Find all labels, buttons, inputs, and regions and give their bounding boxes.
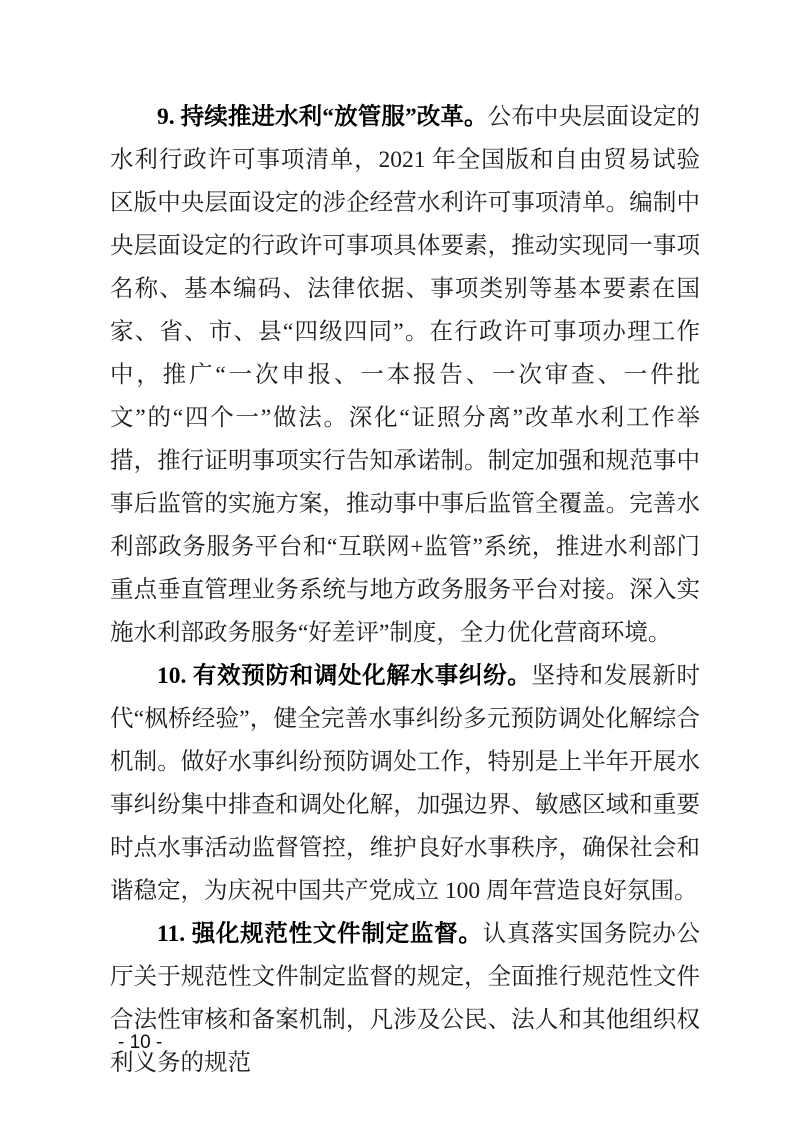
paragraph-heading: 9. 持续推进水利“放管服”改革。	[157, 104, 488, 130]
paragraph-heading: 11. 强化规范性文件制定监督。	[157, 921, 483, 947]
paragraph-text: 坚持和发展新时代“枫桥经验”，健全完善水事纠纷多元预防调处化解综合机制。做好水事…	[110, 663, 700, 904]
paragraph-item-9: 9. 持续推进水利“放管服”改革。公布中央层面设定的水利行政许可事项清单，202…	[110, 96, 700, 655]
paragraph-text: 公布中央层面设定的水利行政许可事项清单，2021 年全国版和自由贸易试验区版中央…	[110, 104, 700, 646]
paragraph-heading: 10. 有效预防和调处化解水事纠纷。	[157, 663, 531, 689]
page-number: - 10 -	[118, 1031, 162, 1055]
document-body: 9. 持续推进水利“放管服”改革。公布中央层面设定的水利行政许可事项清单，202…	[110, 96, 700, 1085]
paragraph-item-10: 10. 有效预防和调处化解水事纠纷。坚持和发展新时代“枫桥经验”，健全完善水事纠…	[110, 655, 700, 913]
document-page: 9. 持续推进水利“放管服”改革。公布中央层面设定的水利行政许可事项清单，202…	[0, 0, 800, 1131]
paragraph-item-11: 11. 强化规范性文件制定监督。认真落实国务院办公厅关于规范性文件制定监督的规定…	[110, 913, 700, 1085]
